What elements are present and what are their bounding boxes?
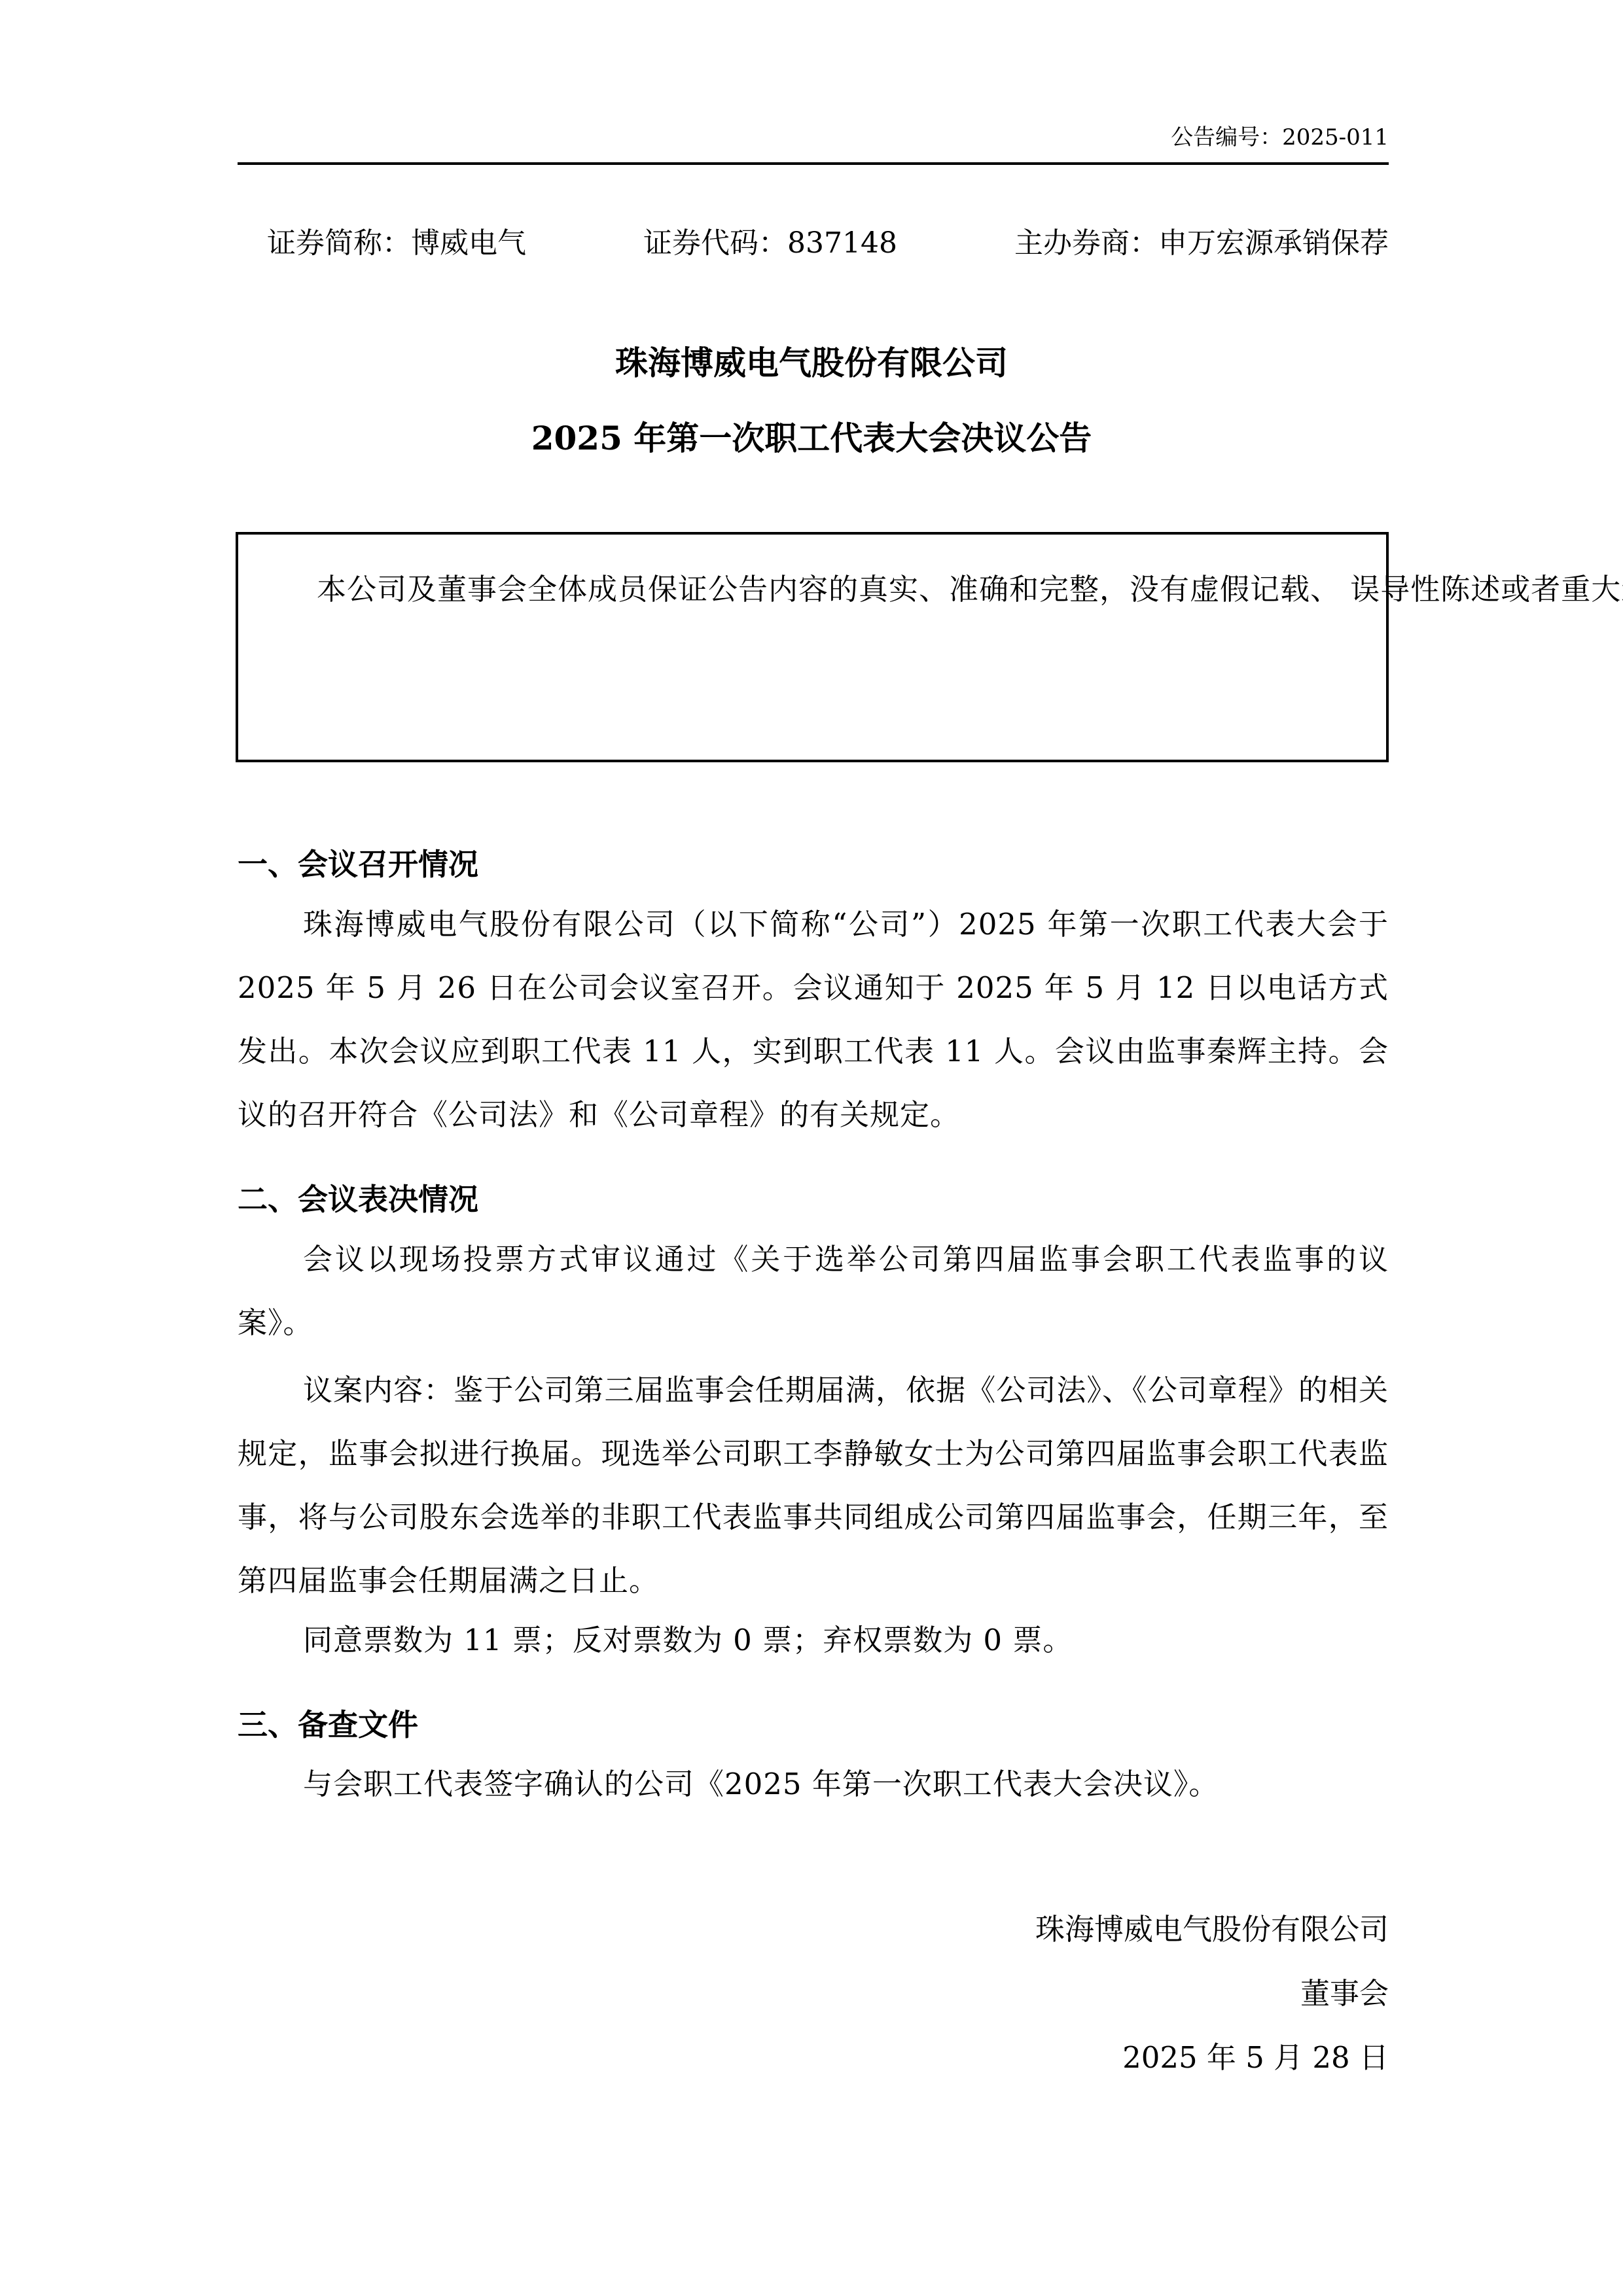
securities-abbreviation: 证券简称：博威电气 (267, 219, 526, 261)
header-divider (238, 162, 1389, 165)
section-paragraph: 议案内容：鉴于公司第三届监事会任期届满，依据《公司法》、《公司章程》的相关规定，… (238, 1358, 1389, 1612)
announcement-number: 公告编号：2025-011 (1171, 119, 1389, 151)
section-paragraph: 珠海博威电气股份有限公司（以下简称“公司”）2025 年第一次职工代表大会于 2… (238, 892, 1389, 1146)
announcement-title: 2025 年第一次职工代表大会决议公告 (0, 412, 1623, 459)
section-heading-documents: 三、备查文件 (238, 1701, 418, 1744)
signature-date: 2025 年 5 月 28 日 (1122, 2034, 1389, 2076)
section-heading-voting: 二、会议表决情况 (238, 1176, 478, 1219)
section-heading-meeting: 一、会议召开情况 (238, 841, 478, 884)
securities-code: 证券代码：837148 (643, 219, 897, 261)
section-paragraph: 与会职工代表签字确认的公司《2025 年第一次职工代表大会决议》。 (238, 1752, 1389, 1816)
section-paragraph: 同意票数为 11 票；反对票数为 0 票；弃权票数为 0 票。 (238, 1608, 1389, 1672)
sponsor-broker: 主办券商：申万宏源承销保荐 (1014, 219, 1389, 261)
section-paragraph: 会议以现场投票方式审议通过《关于选举公司第四届监事会职工代表监事的议案》。 (238, 1227, 1389, 1354)
company-title: 珠海博威电气股份有限公司 (0, 337, 1623, 384)
securities-info: 证券简称：博威电气 证券代码：837148 主办券商：申万宏源承销保荐 (238, 219, 1389, 261)
signature-company: 珠海博威电气股份有限公司 (1035, 1905, 1389, 1948)
signature-board: 董事会 (1300, 1969, 1389, 2012)
disclaimer-text: 本公司及董事会全体成员保证公告内容的真实、准确和完整，没有虚假记载、 误导性陈述… (258, 557, 1373, 621)
disclaimer-box: 本公司及董事会全体成员保证公告内容的真实、准确和完整，没有虚假记载、 误导性陈述… (236, 532, 1389, 762)
